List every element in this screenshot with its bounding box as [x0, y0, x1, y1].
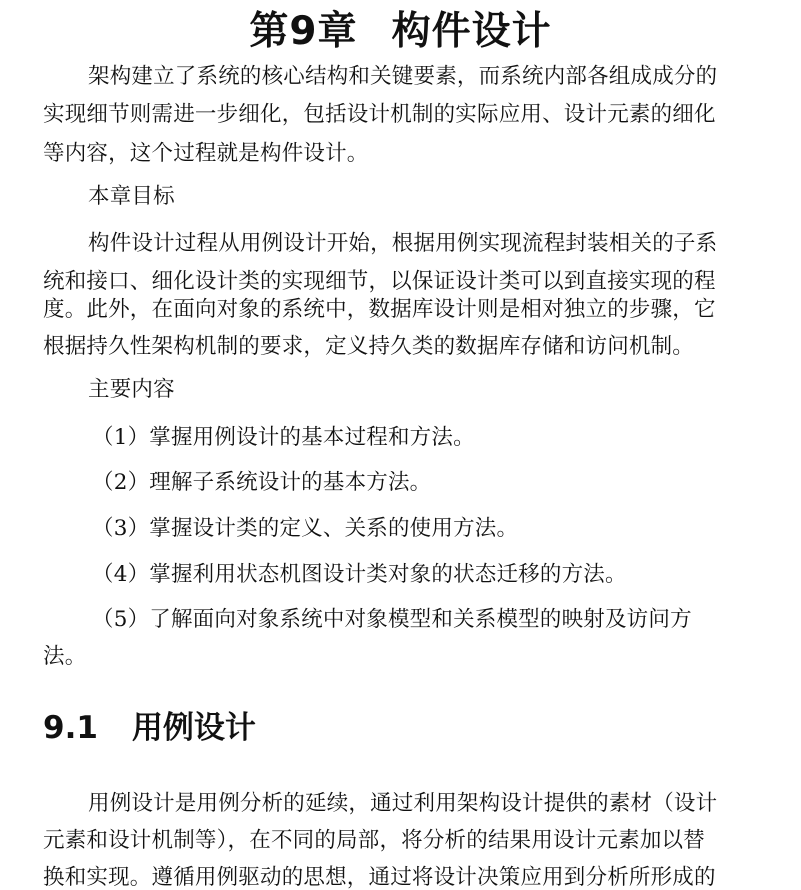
list-item: （1）掌握用例设计的基本过程和方法。	[92, 425, 475, 451]
section-line: 用例设计是用例分析的延续，通过利用架构设计提供的素材（设计	[88, 791, 717, 817]
list-item: （5）了解面向对象系统中对象模型和关系模型的映射及访问方	[92, 607, 692, 633]
section-line: 元素和设计机制等），在不同的局部，将分析的结果用设计元素加以替	[43, 828, 705, 854]
chapter-title: 第9章构件设计	[0, 8, 801, 56]
list-item-continuation: 法。	[43, 644, 86, 670]
list-item: （2）理解子系统设计的基本方法。	[92, 470, 431, 496]
objectives-line: 统和接口、细化设计类的实现细节，以保证设计类可以到直接实现的程	[43, 269, 716, 295]
chapter-name: 构件设计	[392, 9, 552, 54]
objectives-line: 根据持久性架构机制的要求，定义持久类的数据库存储和访问机制。	[43, 334, 694, 360]
section-line: 换和实现。遵循用例驱动的思想，通过将设计决策应用到分析所形成的	[43, 865, 716, 890]
main-content-heading: 主要内容	[88, 377, 175, 403]
section-number: 9.1	[43, 710, 98, 746]
chapter-number: 第9章	[249, 9, 357, 54]
intro-line: 等内容，这个过程就是构件设计。	[43, 141, 369, 167]
objectives-heading: 本章目标	[88, 184, 175, 210]
list-item: （4）掌握利用状态机图设计类对象的状态迁移的方法。	[92, 562, 627, 588]
section-title: 用例设计	[132, 710, 256, 746]
section-heading: 9.1用例设计	[43, 708, 256, 748]
objectives-line: 构件设计过程从用例设计开始，根据用例实现流程封装相关的子系	[88, 231, 717, 257]
intro-line: 架构建立了系统的核心结构和关键要素，而系统内部各组成成分的	[88, 64, 717, 90]
intro-line: 实现细节则需进一步细化，包括设计机制的实际应用、设计元素的细化	[43, 102, 716, 128]
objectives-line: 度。此外，在面向对象的系统中，数据库设计则是相对独立的步骤，它	[43, 297, 716, 323]
list-item: （3）掌握设计类的定义、关系的使用方法。	[92, 516, 518, 542]
